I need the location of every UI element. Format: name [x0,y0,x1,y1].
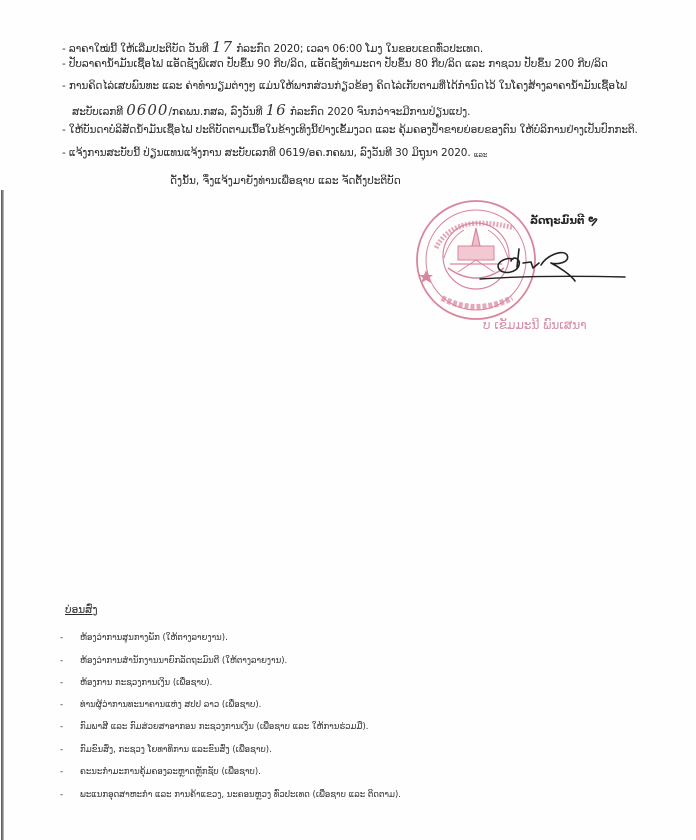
handwritten-number: 0600 [126,101,168,119]
scan-edge-shadow [1,190,4,840]
body-text: /ກຄພນ.ກສລ, ລົງວັນທີ [168,106,265,118]
body-line-effective-date: - ລາຄາໃໝ່ນີ້ ໃຫ້ເລີ່ມປະຕິບັດ ວັນທີ 17 ກໍ… [62,38,483,56]
cc-list-item: -ກົມຂົນສົ່ງ, ກະຊວງ ໂຍທາທິການ ແລະຂົນສົ່ງ … [60,745,272,755]
cc-list-item: -ຄະນະກຳມະການຄຸ້ມຄອງລະຫຼາດຫຼັກຊັບ (ເພື່ອຊ… [60,767,261,777]
body-line-companies-compliance: - ໃຫ້ບັນດາບໍລິສັດນ້ຳມັນເຊື້ອໄຟ ປະຕິບັດຕາ… [62,124,638,136]
body-line-tax-calculation: - ການຄິດໄລ່ເສບພົນທະ ແລະ ຄ່າທຳນຽມຕ່າງໆ ແມ… [62,80,627,92]
cc-item-text: ກົມຂົນສົ່ງ, ກະຊວງ ໂຍທາທິການ ແລະຂົນສົ່ງ (… [80,745,272,755]
body-text: ສະບັບເລກທີ [72,106,126,118]
handwritten-day: 16 [266,101,287,119]
cc-heading: ບ່ອນສົ່ງ [65,604,98,616]
signature-icon [475,245,635,290]
body-line-price-adjustment: - ປັບລາຄານ້ຳມັນເຊື້ອໄຟ ແອັດຊັງພິເສດ ປັບຂ… [62,58,608,70]
cc-list-item: -ຫ້ອງການ ກະຊວງການເງິນ (ເພື່ອຊາບ). [60,678,212,688]
signer-name: ບ ເຂັມມະນີ ພົນເສນາ [483,318,587,332]
body-text: - ລາຄາໃໝ່ນີ້ ໃຫ້ເລີ່ມປະຕິບັດ ວັນທີ [62,43,212,55]
cc-list-item: -ພະແນກອຸດສາຫະກຳ ແລະ ການຄ້າແຂວງ, ນະຄອນຫຼວ… [60,790,401,800]
cc-item-text: ພະແນກອຸດສາຫະກຳ ແລະ ການຄ້າແຂວງ, ນະຄອນຫຼວງ… [80,790,401,800]
body-line-reference: ສະບັບເລກທີ 0600/ກຄພນ.ກສລ, ລົງວັນທີ 16 ກໍ… [72,101,470,119]
cc-list-item: -ກົມພາສີ ແລະ ກົມສ່ວຍສາອາກອນ ກະຊວງການເງິນ… [60,722,368,732]
cc-list-item: -ທ່ານຜູ້ວ່າການທະນາຄານແຫ່ງ ສປປ ລາວ (ເພື່ອ… [60,700,261,710]
cc-item-text: ທ່ານຜູ້ວ່າການທະນາຄານແຫ່ງ ສປປ ລາວ (ເພື່ອຊ… [80,700,261,710]
document-page: - ລາຄາໃໝ່ນີ້ ໃຫ້ເລີ່ມປະຕິບັດ ວັນທີ 17 ກໍ… [0,0,696,840]
closing-sentence: ດັ່ງນັ້ນ, ຈຶ່ງແຈ້ງມາຍັງທ່ານເພື່ອຊາບ ແລະ … [170,175,401,187]
body-line-replaces-notice: - ແຈ້ງການສະບັບນີ້ ປ່ຽນແທນແຈ້ງການ ສະບັບເລ… [62,147,487,159]
cc-list-item: -ຫ້ອງວ່າການສູນກາງພັກ (ໃຫ້ຕາງລາຍງານ). [60,633,228,643]
signer-title: ລັດຖະມົນຕີ ຯ [530,215,598,227]
body-text: ກໍລະກົດ 2020 ຈົນກວ່າຈະມີການປ່ຽນແປງ. [287,106,471,118]
body-text: - ແຈ້ງການສະບັບນີ້ ປ່ຽນແທນແຈ້ງການ ສະບັບເລ… [62,147,471,159]
cc-item-text: ຄະນະກຳມະການຄຸ້ມຄອງລະຫຼາດຫຼັກຊັບ (ເພື່ອຊາ… [80,767,261,777]
cc-item-text: ຫ້ອງວ່າການສຳນັກງານນາຍົກລັດຖະມົນຕີ (ໃຫ້ຕາ… [80,656,287,666]
initial-mark: ແລະ [474,151,487,159]
body-text: ກໍລະກົດ 2020; ເວລາ 06:00 ໂມງ ໃນຂອບເຂດທົ່… [233,43,483,55]
cc-item-text: ຫ້ອງການ ກະຊວງການເງິນ (ເພື່ອຊາບ). [80,678,212,688]
cc-item-text: ຫ້ອງວ່າການສູນກາງພັກ (ໃຫ້ຕາງລາຍງານ). [80,633,228,643]
handwritten-day: 17 [212,38,233,56]
cc-item-text: ກົມພາສີ ແລະ ກົມສ່ວຍສາອາກອນ ກະຊວງການເງິນ … [80,722,368,732]
cc-list-item: -ຫ້ອງວ່າການສຳນັກງານນາຍົກລັດຖະມົນຕີ (ໃຫ້ຕ… [60,656,287,666]
